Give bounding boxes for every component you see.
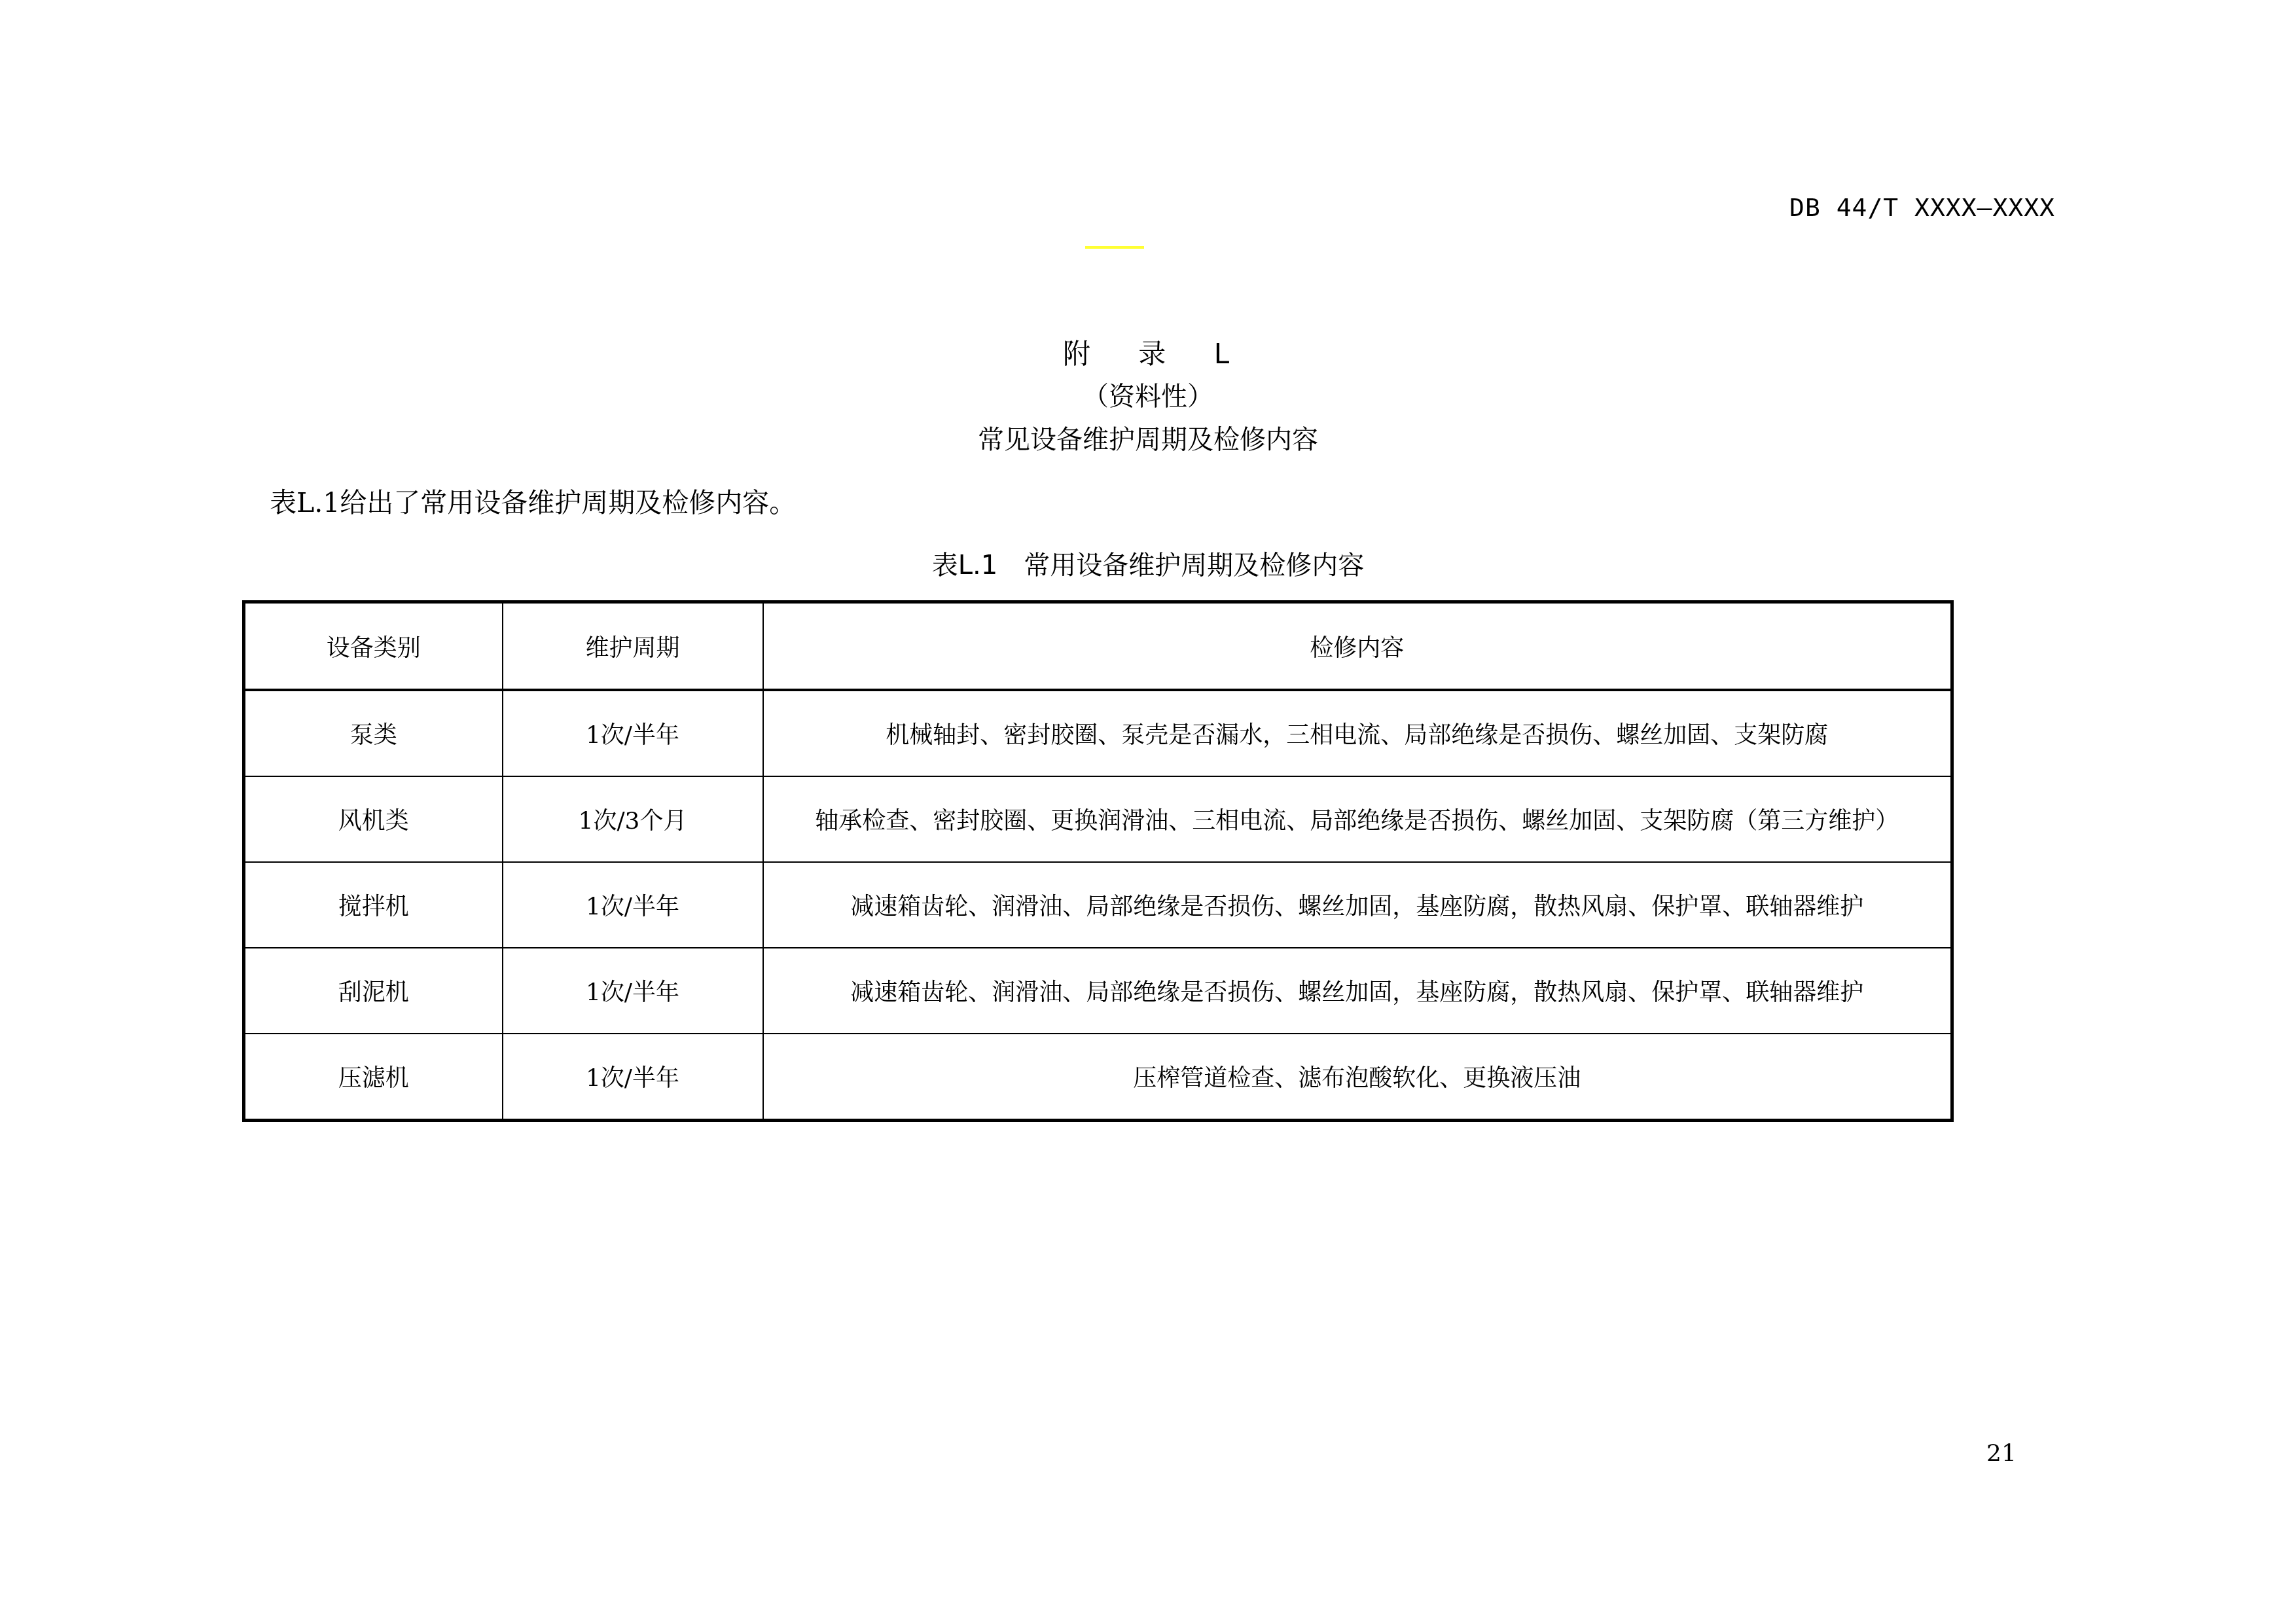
cell-content: 减速箱齿轮、润滑油、局部绝缘是否损伤、螺丝加固，基座防腐，散热风扇、保护罩、联轴… (763, 862, 1952, 948)
cell-cycle: 1次/3个月 (503, 776, 763, 862)
table-header-row: 设备类别 维护周期 检修内容 (244, 602, 1952, 691)
cell-cycle: 1次/半年 (503, 948, 763, 1034)
table-caption-title: 常用设备维护周期及检修内容 (1024, 550, 1364, 581)
cell-cycle: 1次/半年 (503, 862, 763, 948)
table-caption-number: 表L.1 (932, 550, 997, 581)
cell-category: 风机类 (244, 776, 503, 862)
table-caption: 表L.1常用设备维护周期及检修内容 (0, 545, 2296, 582)
appendix-type: （资料性） (0, 376, 2296, 413)
intro-paragraph: 表L.1给出了常用设备维护周期及检修内容。 (270, 481, 796, 520)
cell-content: 压榨管道检查、滤布泡酸软化、更换液压油 (763, 1034, 1952, 1121)
cell-category: 刮泥机 (244, 948, 503, 1034)
table-row: 泵类 1次/半年 机械轴封、密封胶圈、泵壳是否漏水，三相电流、局部绝缘是否损伤、… (244, 690, 1952, 776)
appendix-title: 常见设备维护周期及检修内容 (0, 419, 2296, 456)
page-number: 21 (1986, 1440, 2017, 1467)
cell-cycle: 1次/半年 (503, 690, 763, 776)
highlight-marker (1085, 246, 1144, 249)
maintenance-table: 设备类别 维护周期 检修内容 泵类 1次/半年 机械轴封、密封胶圈、泵壳是否漏水… (242, 600, 1954, 1122)
cell-category: 搅拌机 (244, 862, 503, 948)
column-header-content: 检修内容 (763, 602, 1952, 691)
appendix-label-part: 附 (1063, 333, 1094, 372)
appendix-label-part: L (1214, 338, 1233, 370)
cell-category: 泵类 (244, 690, 503, 776)
cell-content: 轴承检查、密封胶圈、更换润滑油、三相电流、局部绝缘是否损伤、螺丝加固、支架防腐（… (763, 776, 1952, 862)
cell-category: 压滤机 (244, 1034, 503, 1121)
appendix-label-part: 录 (1138, 333, 1170, 372)
cell-cycle: 1次/半年 (503, 1034, 763, 1121)
cell-content: 减速箱齿轮、润滑油、局部绝缘是否损伤、螺丝加固，基座防腐，散热风扇、保护罩、联轴… (763, 948, 1952, 1034)
table-row: 搅拌机 1次/半年 减速箱齿轮、润滑油、局部绝缘是否损伤、螺丝加固，基座防腐，散… (244, 862, 1952, 948)
table-row: 压滤机 1次/半年 压榨管道检查、滤布泡酸软化、更换液压油 (244, 1034, 1952, 1121)
cell-content: 机械轴封、密封胶圈、泵壳是否漏水，三相电流、局部绝缘是否损伤、螺丝加固、支架防腐 (763, 690, 1952, 776)
table-row: 刮泥机 1次/半年 减速箱齿轮、润滑油、局部绝缘是否损伤、螺丝加固，基座防腐，散… (244, 948, 1952, 1034)
standard-code: DB 44/T XXXX—XXXX (1780, 193, 2055, 222)
column-header-cycle: 维护周期 (503, 602, 763, 691)
appendix-label: 附 录 L (0, 333, 2296, 372)
table-row: 风机类 1次/3个月 轴承检查、密封胶圈、更换润滑油、三相电流、局部绝缘是否损伤… (244, 776, 1952, 862)
column-header-category: 设备类别 (244, 602, 503, 691)
